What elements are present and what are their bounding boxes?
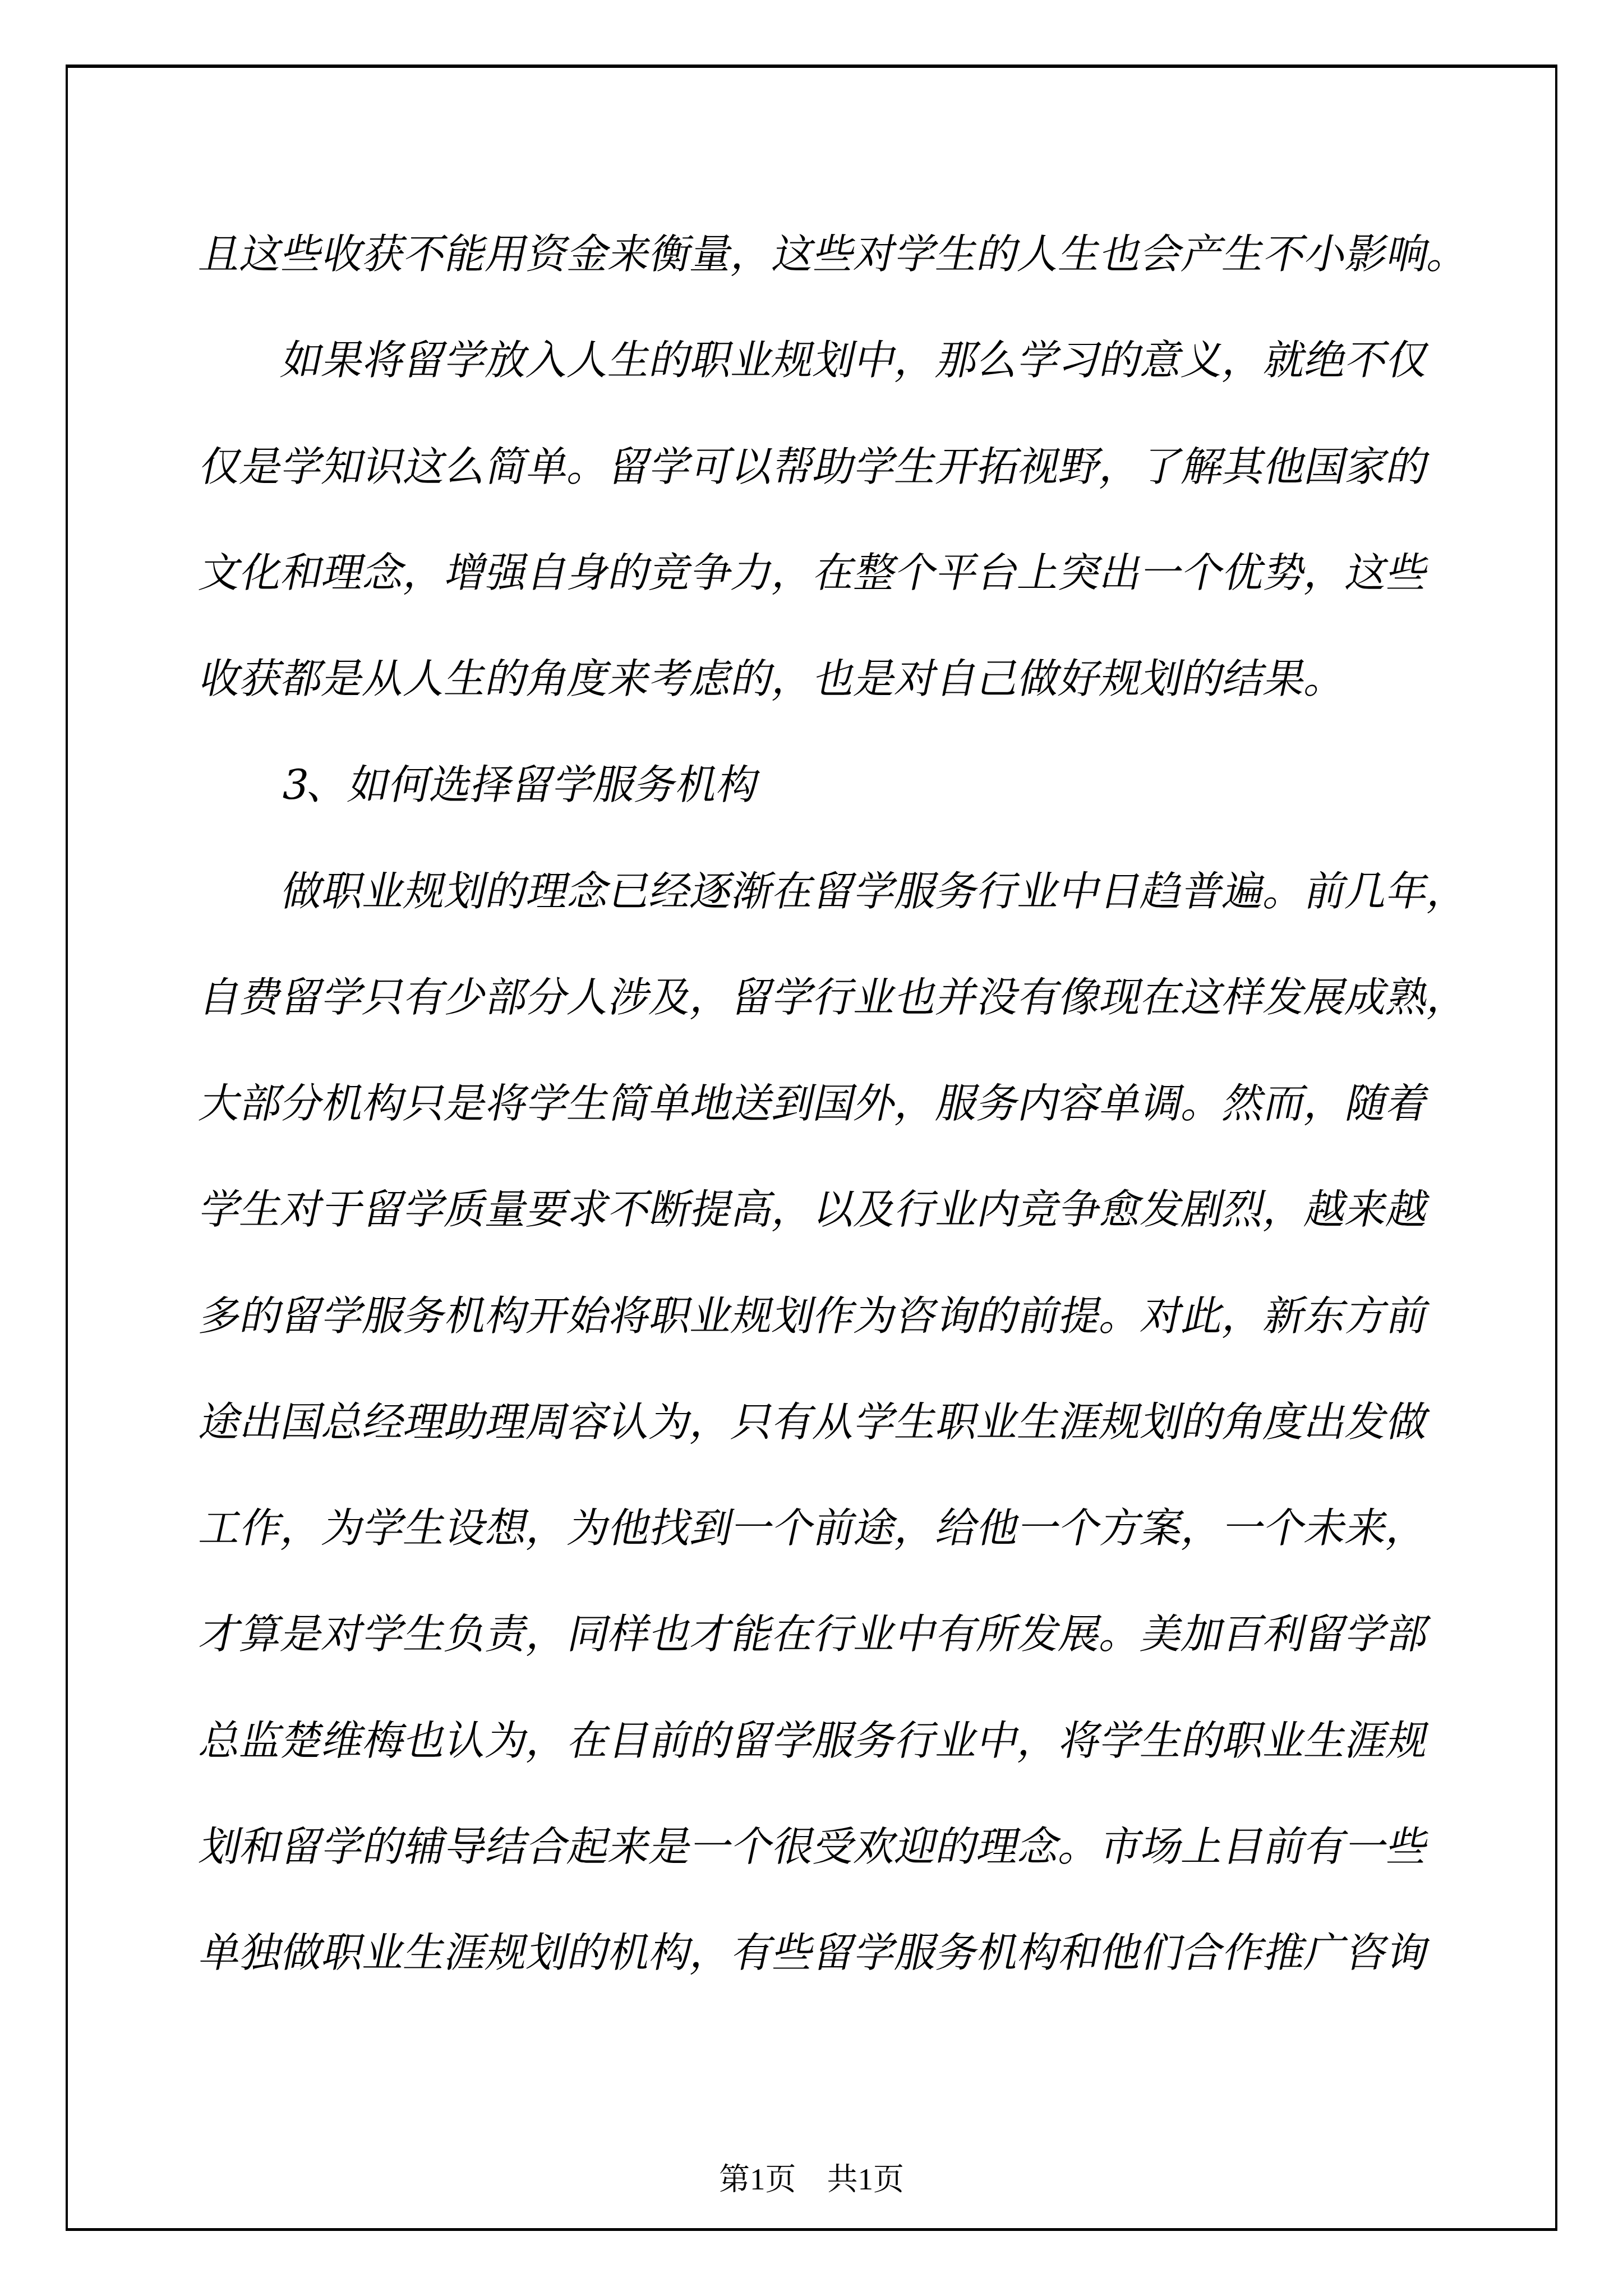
text-line: 做职业规划的理念已经逐渐在留学服务行业中日趋普遍。前几年，	[190, 839, 1496, 945]
text-line: 文化和理念，增强自身的竞争力，在整个平台上突出一个优势，这些	[190, 520, 1496, 626]
document-text: 且这些收获不能用资金来衡量，这些对学生的人生也会产生不小影响。如果将留学放入人生…	[198, 201, 1482, 2006]
page-number: 第1页 共1页	[719, 2162, 904, 2196]
text-line: 工作，为学生设想，为他找到一个前途，给他一个方案，一个未来，	[190, 1475, 1496, 1581]
text-line: 途出国总经理助理周容认为，只有从学生职业生涯规划的角度出发做	[190, 1369, 1496, 1475]
text-line: 总监楚维梅也认为，在目前的留学服务行业中，将学生的职业生涯规	[190, 1688, 1496, 1794]
text-line: 才算是对学生负责，同样也才能在行业中有所发展。美加百利留学部	[190, 1581, 1496, 1687]
text-line: 如果将留学放入人生的职业规划中，那么学习的意义，就绝不仅	[190, 307, 1496, 413]
text-line: 多的留学服务机构开始将职业规划作为咨询的前提。对此，新东方前	[190, 1263, 1496, 1369]
text-line: 收获都是从人生的角度来考虑的，也是对自己做好规划的结果。	[190, 626, 1496, 732]
text-line: 自费留学只有少部分人涉及，留学行业也并没有像现在这样发展成熟，	[190, 945, 1496, 1051]
text-line: 大部分机构只是将学生简单地送到国外，服务内容单调。然而，随着	[190, 1051, 1496, 1157]
text-line: 划和留学的辅导结合起来是一个很受欢迎的理念。市场上目前有一些	[190, 1794, 1496, 1900]
text-line: 单独做职业生涯规划的机构，有些留学服务机构和他们合作推广咨询	[190, 1900, 1496, 2006]
text-line: 仅是学知识这么简单。留学可以帮助学生开拓视野，了解其他国家的	[190, 414, 1496, 520]
text-line: 且这些收获不能用资金来衡量，这些对学生的人生也会产生不小影响。	[190, 201, 1496, 307]
text-line: 学生对于留学质量要求不断提高，以及行业内竞争愈发剧烈，越来越	[190, 1157, 1496, 1263]
page-footer: 第1页 共1页	[0, 2160, 1623, 2199]
text-line: 3、如何选择留学服务机构	[190, 732, 1496, 838]
document-page: 且这些收获不能用资金来衡量，这些对学生的人生也会产生不小影响。如果将留学放入人生…	[0, 0, 1623, 2296]
